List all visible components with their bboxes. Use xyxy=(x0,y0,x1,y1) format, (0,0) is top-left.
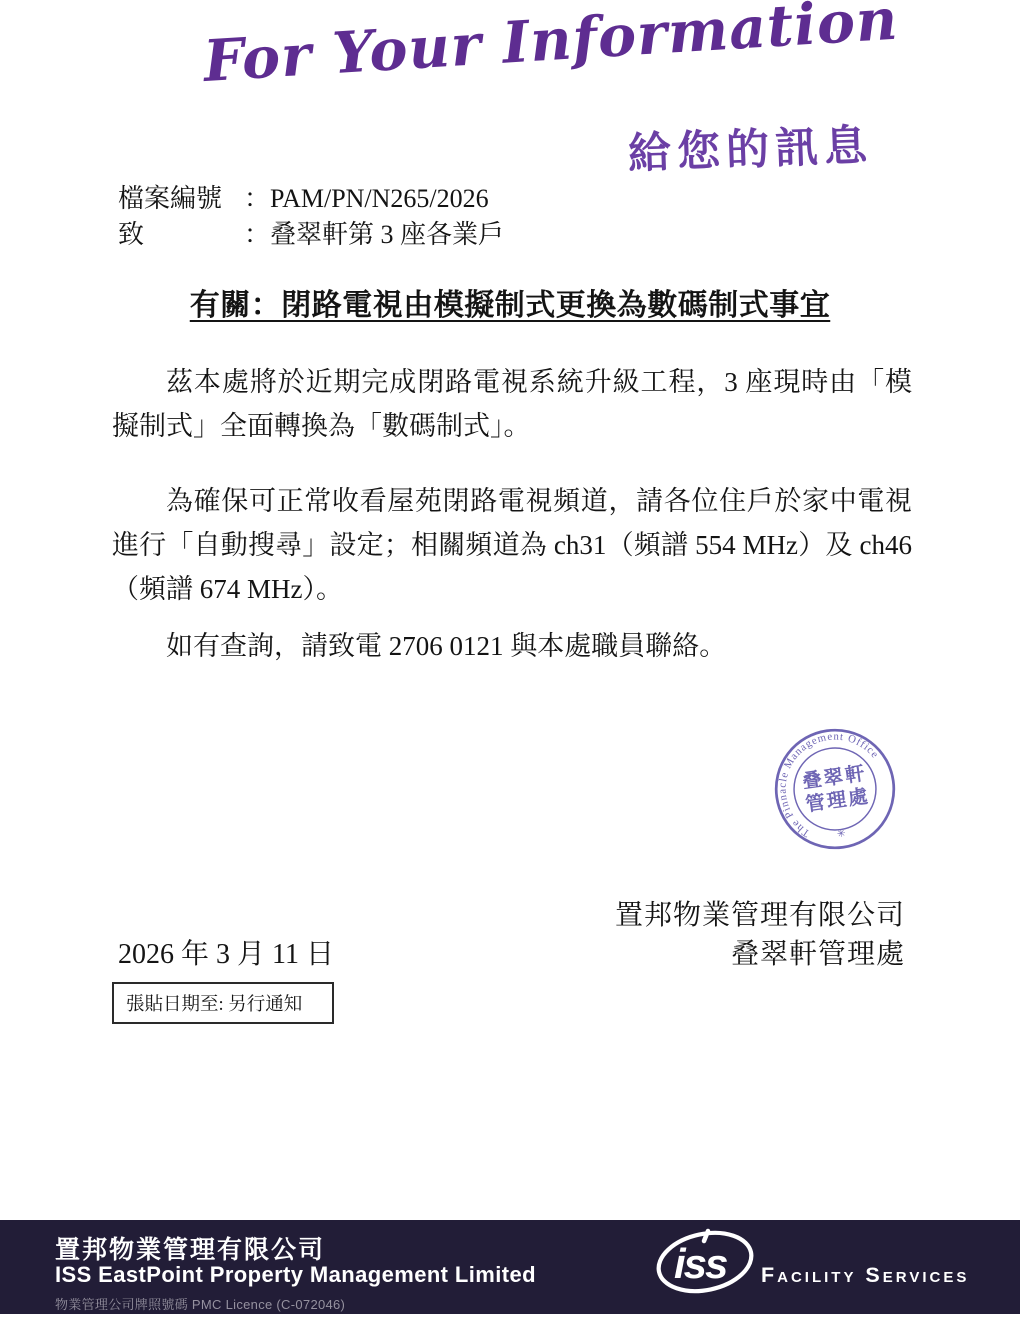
notice-date: 2026 年 3 月 11 日 xyxy=(118,932,334,972)
file-number-value: ：PAM/PN/N265/2026 xyxy=(244,181,489,217)
fyi-calligraphy-chinese: 給您的訊息 xyxy=(627,112,874,182)
iss-logo-caption: Facility Services xyxy=(757,1263,969,1296)
iss-logo-text: iss xyxy=(674,1240,727,1287)
iss-logo-oval-icon: iss xyxy=(653,1226,757,1296)
addressee-label: 致 xyxy=(118,217,244,253)
stamp-star: ✳ xyxy=(836,827,847,840)
iss-logo: iss Facility Services xyxy=(653,1226,969,1296)
signoff-office: 叠翠軒管理處 xyxy=(731,932,905,972)
paragraph-upgrade: 茲本處將於近期完成閉路電視系統升級工程，3 座現時由「模擬制式」全面轉換為「數碼… xyxy=(112,360,912,448)
file-number-row: 檔案編號 ：PAM/PN/N265/2026 xyxy=(118,181,504,217)
footer-licence: 物業管理公司牌照號碼 PMC Licence (C-072046) xyxy=(55,1294,345,1313)
footer-bar: 置邦物業管理有限公司 ISS EastPoint Property Manage… xyxy=(0,1220,1020,1314)
signoff-company: 置邦物業管理有限公司 xyxy=(615,893,905,933)
office-stamp-icon: The Pinnacle Management Office ✳ 叠翠軒 管理處 xyxy=(764,718,906,860)
footer-company-zh: 置邦物業管理有限公司 xyxy=(55,1230,325,1266)
paragraph-tuning: 為確保可正常收看屋苑閉路電視頻道，請各位住戶於家中電視進行「自動搜尋」設定；相關… xyxy=(112,479,912,611)
posting-period-box: 張貼日期至: 另行通知 xyxy=(112,982,334,1024)
paragraph-enquiry: 如有查詢，請致電 2706 0121 與本處職員聯絡。 xyxy=(112,624,912,668)
document-meta: 檔案編號 ：PAM/PN/N265/2026 致 ：叠翠軒第 3 座各業戶 xyxy=(118,181,504,253)
addressee-row: 致 ：叠翠軒第 3 座各業戶 xyxy=(118,217,504,253)
notice-page: { "colors": { "script_purple": "#5e2d91"… xyxy=(0,0,1020,1320)
file-number-label: 檔案編號 xyxy=(118,181,244,217)
footer-company-en: ISS EastPoint Property Management Limite… xyxy=(55,1262,536,1288)
notice-title: 有關：閉路電視由模擬制式更換為數碼制式事宜 xyxy=(0,280,1020,324)
addressee-value: ：叠翠軒第 3 座各業戶 xyxy=(244,217,504,253)
